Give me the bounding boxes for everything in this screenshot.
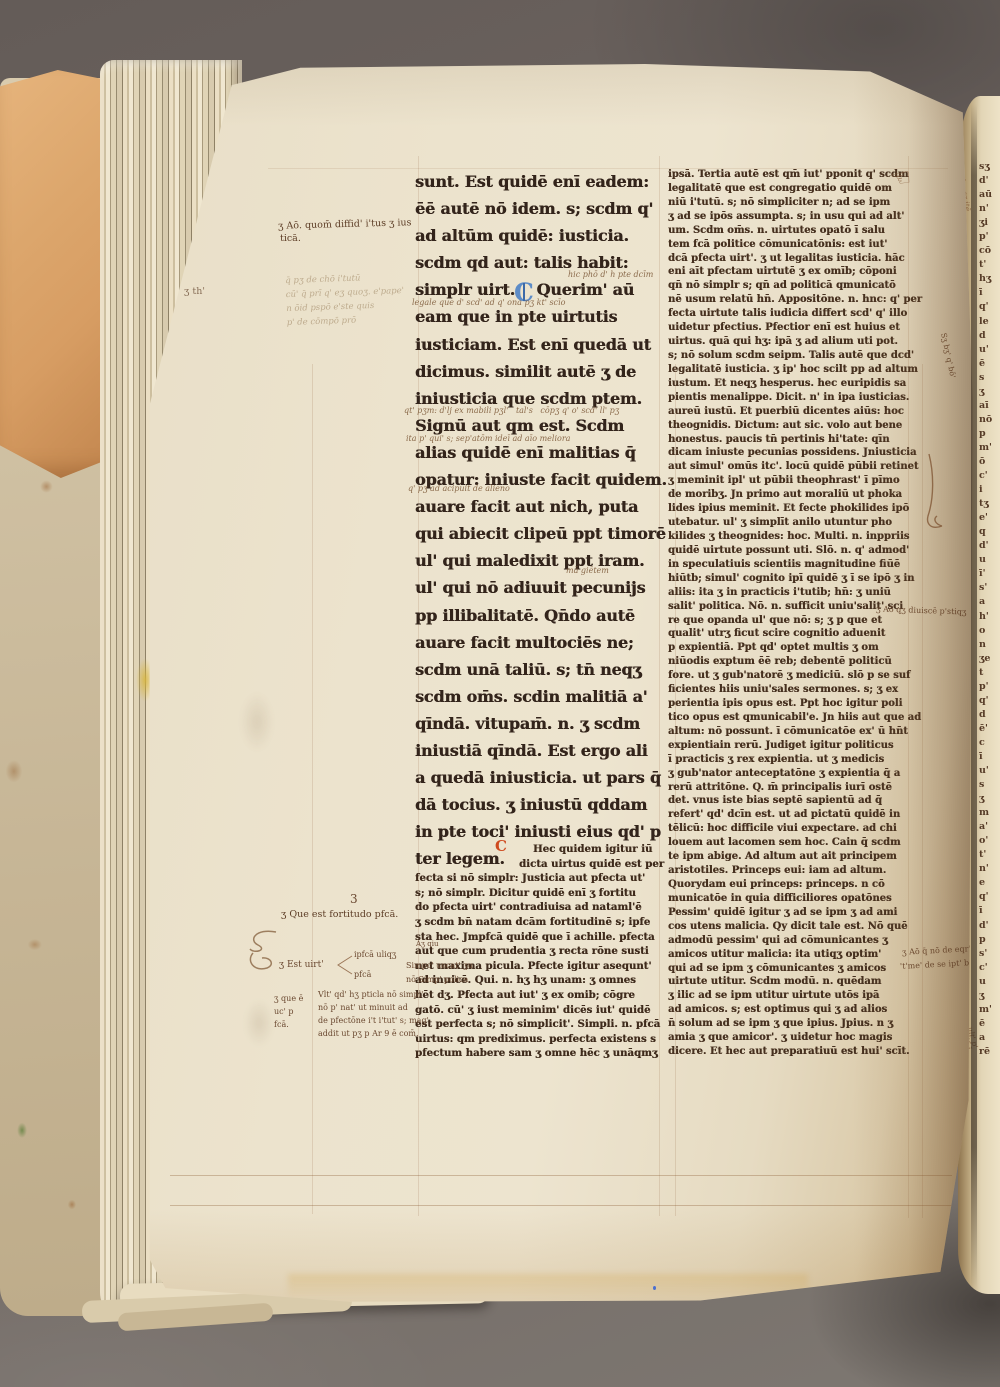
text-fragment: u [979,553,1000,567]
diagram-root: ʒ Est uirt' [279,960,324,970]
text-line: ēē autē nō idem. s; scdm q' [415,195,675,222]
text-line: sunt. Est quidē enī eadem: [415,168,675,195]
text-line: ad altūm quidē: iusticia. [415,222,675,249]
text-fragment: ī' [979,567,1000,581]
page-smudge [240,692,274,752]
text-fragment: ʒ [979,385,1000,399]
text-fragment: u [979,975,1000,989]
text-line: do pfecta uirt' contradiuisa ad nataml'ē [415,900,681,915]
manuscript-photo: ʒbʒ qʒ itē sʒd'aūn'ʒip'cōt'hʒīq'ledu'ēsʒ… [0,0,1000,1387]
text-fragment: le [979,315,1000,329]
text-fragment: d' [979,919,1000,933]
text-fragment: ē' [979,722,1000,736]
interlinear-gloss: mā giētem [566,566,609,575]
text-fragment: ī [979,904,1000,918]
faint-marginal-notes: q̄ pʒ de chō i'tutūcū' q̄ prī q' eʒ quoʒ… [285,270,405,330]
text-fragment: ʒi [979,216,1000,230]
text-fragment: u' [979,764,1000,778]
text-line: eam que in pte uirtutis [415,303,675,330]
text-line: uirtus: qm prediximus. perfecta existens… [415,1032,681,1047]
text-fragment: s' [979,581,1000,595]
text-line: scdm unā taliū. s; tn̄ neqʒ [415,656,675,683]
text-fragment: t' [979,258,1000,272]
text-fragment: ʒ [979,989,1000,1003]
interlinear-gloss: legale que d' scd' ad q' ona pʒ kt' scīo [412,298,565,307]
text-line: ʒ scdm bn̄ natam dcām fortitudinē s; ipf… [415,915,681,930]
text-line: nō p' nat' ut minuit ad [318,1001,429,1014]
text-fragment: cō [979,244,1000,258]
text-fragment: m' [979,1003,1000,1017]
text-line: p' de cōmpō prō [287,312,406,330]
next-page-text-fragments: sʒd'aūn'ʒip'cōt'hʒīq'ledu'ēsʒaīnōpm'ōc'i… [979,160,1000,1059]
text-fragment: s [979,778,1000,792]
text-line: scdm om̄s. scdin malitiā a' [415,683,675,710]
text-fragment: q' [979,694,1000,708]
text-line: dicimus. similit autē ʒ de [415,358,675,385]
text-fragment: tʒ [979,497,1000,511]
diagram-branch: pfcā [354,970,371,979]
marginal-note: ʒ th' [184,286,205,297]
text-line: dā tocius. ʒ iniustū qddam [415,791,675,818]
text-fragment: sʒ [979,160,1000,174]
diagram-superscript: Aʒ qiu [416,940,438,948]
text-fragment: q [979,525,1000,539]
text-line: est perfecta s; nō simplicit'. Simpli. n… [415,1017,681,1032]
text-fragment: a [979,595,1000,609]
red-paraph-mark: C [495,839,507,854]
text-line: Hec quidem igitur iū [415,842,681,857]
text-fragment: c' [979,469,1000,483]
pen-flourish [244,926,288,978]
quire-mark: 3 [350,892,358,906]
text-fragment: m' [979,441,1000,455]
text-fragment: d' [979,174,1000,188]
text-line: uc' p [274,1005,303,1018]
text-fragment: q' [979,300,1000,314]
text-line: aut que cum prudentia ʒ recta rōne susti [415,944,681,959]
text-line: Vlt' qd' hʒ pticla nō simpl' [318,988,429,1001]
text-fragment: ʒ [979,792,1000,806]
text-fragment: hʒ [979,272,1000,286]
text-line: s; nō simplr. Dicitur quidē enī ʒ fortit… [415,886,681,901]
text-fragment: t [979,666,1000,680]
text-fragment: ō [979,455,1000,469]
text-line: qui abiecit clipeū ppt timorē [415,520,675,547]
text-fragment: p' [979,230,1000,244]
text-fragment: p [979,933,1000,947]
diagram-branch: ipfcā uliqʒ [354,950,396,959]
recto-page: sunt. Est quidē enī eadem:ēē autē nō ide… [148,64,976,1308]
page-smudge [244,999,274,1047]
interlinear-gloss: hic phō d' h pte dcīm [568,270,653,279]
text-line: ul' qui nō adiuuit pecunijs [415,574,675,601]
text-fragment: aī [979,399,1000,413]
text-fragment: n [979,638,1000,652]
text-fragment: o' [979,834,1000,848]
text-fragment: d' [979,539,1000,553]
text-line: ʒ que ē [274,992,303,1005]
text-fragment: aū [979,188,1000,202]
text-fragment: c [979,736,1000,750]
interlinear-gloss: qt' pʒm: d'lj ex mabili pʒl' tal's cōpʒ … [404,406,619,415]
text-fragment: h' [979,610,1000,624]
text-line: pp illibalitatē. Qn̄do autē [415,602,675,629]
text-fragment: ʒe [979,652,1000,666]
marginal-note: Vlt' qd' hʒ pticla nō simpl'nō p' nat' u… [318,988,429,1040]
gutter-crease-line [971,104,977,1289]
ruling-line [312,364,313,1214]
text-line: de pfectōne i't i'tut' s; mag' [318,1014,429,1027]
text-line: addit ut pʒ p Ar 9 ē com̄. [318,1027,429,1040]
text-fragment: d [979,329,1000,343]
text-fragment: rē [979,1045,1000,1059]
text-fragment: i [979,483,1000,497]
text-line: sta hec. Jmpfcā quidē que ī achille. pfe… [415,930,681,945]
text-fragment: ē [979,1017,1000,1031]
ruling-line [170,1175,952,1176]
text-fragment: ē [979,357,1000,371]
text-fragment: nō [979,413,1000,427]
text-fragment: o [979,624,1000,638]
marginal-note: ʒ que ēuc' pfcā. [274,992,303,1031]
text-fragment: s [979,371,1000,385]
text-line: qīndā. vitupam̄. n. ʒ scdm [415,710,675,737]
text-line: auare facit aut nich, puta [415,493,675,520]
bottom-edge-toning [288,1274,808,1300]
diagram-leaf: Simpc' uocat' ʒu [406,961,473,970]
text-fragment: a [979,1031,1000,1045]
text-line: iusticiam. Est enī quedā ut [415,331,675,358]
marginal-note: ʒ Que est fortitudo pfcā. [281,909,398,920]
text-fragment: n' [979,862,1000,876]
text-line: a quedā iniusticia. ut pars q̄ [415,764,675,791]
text-line: ul' qui maledixit ppt iram. [415,547,675,574]
text-line: iniustiā qīndā. Est ergo ali [415,737,675,764]
text-fragment: m [979,806,1000,820]
text-fragment: s' [979,947,1000,961]
text-fragment: e' [979,511,1000,525]
text-column-lemma-commentary: Hec quidem igitur iūdicta uirtus quidē e… [415,842,681,1061]
blue-speck [653,1286,656,1290]
interlinear-gloss: ita p' qui' s; sep'atōm ideī ad aīo meli… [406,434,570,443]
gutter-shadow [853,64,976,1308]
text-fragment: e [979,876,1000,890]
diagram-leaf: nō Simp' polica [406,975,468,984]
text-line: dicta uirtus quidē est per [415,857,681,872]
interlinear-gloss: q' pʒ ad acipuit de alieno [408,484,510,493]
text-fragment: t' [979,848,1000,862]
text-fragment: u' [979,343,1000,357]
text-fragment: d [979,708,1000,722]
text-line: auare facit multociēs ne; [415,629,675,656]
text-line: pfectum habere sam ʒ omne hēc ʒ unāqmʒ [415,1046,681,1061]
text-fragment: q' [979,890,1000,904]
marginal-note: ticā. [280,233,301,244]
text-line: alias quidē enī malitias q̄ [415,439,675,466]
text-line: hēt dʒ. Pfecta aut iut' ʒ ex omib; cōgre [415,988,681,1003]
text-fragment: p [979,427,1000,441]
text-fragment: p' [979,680,1000,694]
text-fragment: a' [979,820,1000,834]
diagram-bracket [336,954,354,976]
text-line: fcā. [274,1018,303,1031]
text-line: gatō. cū' ʒ iust meminim' dicēs iut' qui… [415,1003,681,1018]
text-fragment: ī [979,750,1000,764]
text-line: fecta si nō simplr: Justicia aut pfecta … [415,871,681,886]
text-fragment: ī [979,286,1000,300]
text-fragment: c' [979,961,1000,975]
ruling-line [170,1205,958,1206]
text-fragment: n' [979,202,1000,216]
marginal-note: ʒ Aō. quom̄ diffid' i'tus ʒ ius [278,217,412,231]
